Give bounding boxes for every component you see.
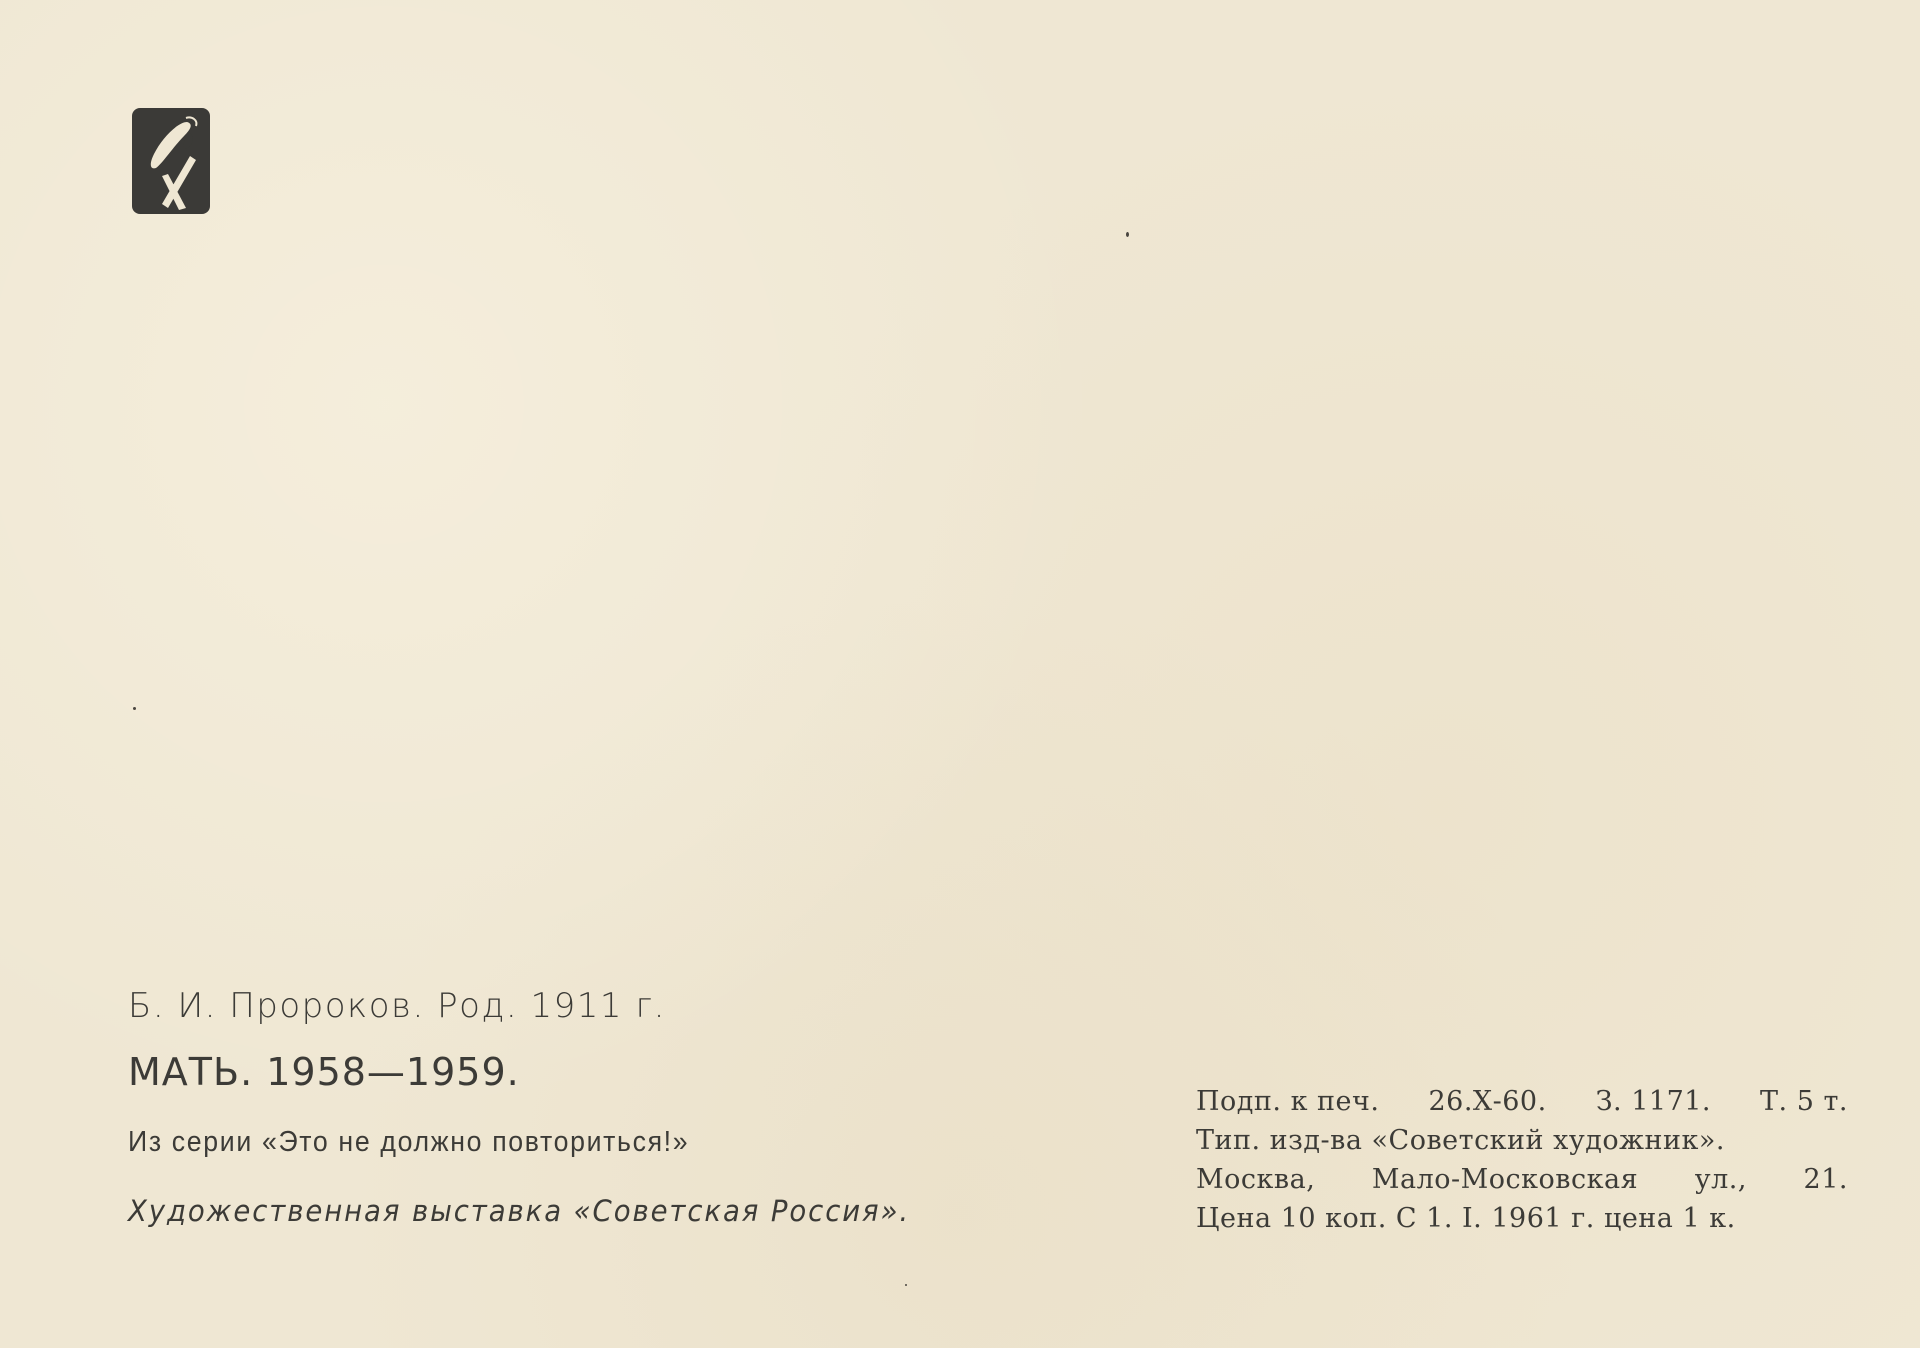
imprint-printer: Тип. изд-ва «Советский художник». (1196, 1121, 1725, 1160)
publisher-imprint: Подп. к печ. 26.Х-60. З. 1171. Т. 5 т. Т… (1196, 1082, 1848, 1238)
publisher-logo (132, 108, 210, 214)
series-line: Из серии «Это не должно повториться!» (128, 1126, 689, 1159)
imprint-line-2: Тип. изд-ва «Советский художник». (1196, 1121, 1848, 1160)
imprint-signed-date: 26.Х-60. (1428, 1082, 1546, 1121)
paper-speck (1126, 232, 1129, 237)
paper-speck (133, 707, 136, 710)
sx-monogram-icon (132, 108, 210, 214)
imprint-print-run: Т. 5 т. (1760, 1082, 1848, 1121)
imprint-street-type: ул., (1695, 1160, 1747, 1199)
imprint-house-number: 21. (1804, 1160, 1848, 1199)
imprint-line-3: Москва, Мало-Московская ул., 21. (1196, 1160, 1848, 1199)
imprint-street: Мало-Московская (1372, 1160, 1638, 1199)
imprint-line-4: Цена 10 коп. С 1. I. 1961 г. цена 1 к. (1196, 1199, 1848, 1238)
imprint-line-1: Подп. к печ. 26.Х-60. З. 1171. Т. 5 т. (1196, 1082, 1848, 1121)
artwork-title: МАТЬ. 1958—1959. (128, 1050, 520, 1094)
paper-speck (905, 1284, 907, 1286)
exhibition-line: Художественная выставка «Советская Росси… (128, 1194, 910, 1228)
imprint-order-number: З. 1171. (1596, 1082, 1711, 1121)
imprint-city: Москва, (1196, 1160, 1315, 1199)
imprint-signed-label: Подп. к печ. (1196, 1082, 1379, 1121)
imprint-price: Цена 10 коп. С 1. I. 1961 г. цена 1 к. (1196, 1199, 1736, 1238)
author-line: Б. И. Пророков. Род. 1911 г. (128, 986, 666, 1026)
